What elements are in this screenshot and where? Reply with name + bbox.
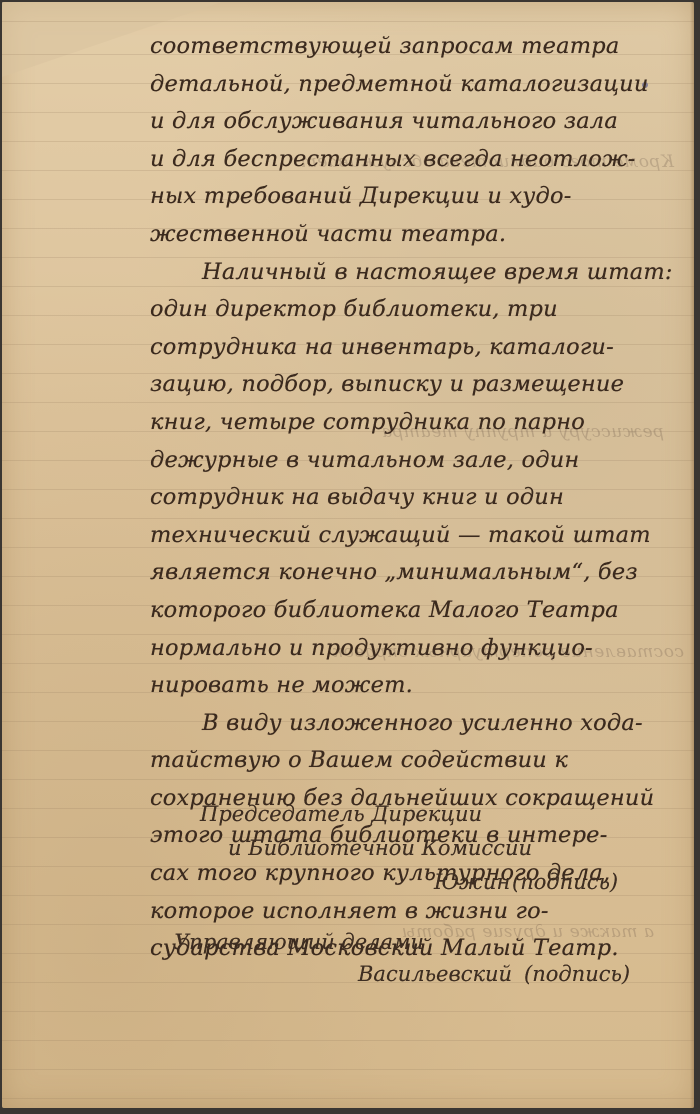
letter-line: дежурные в читальном зале, один — [150, 442, 690, 480]
manager-name: Васильевский — [358, 962, 512, 986]
letter-line: нировать не может. — [150, 667, 690, 705]
letter-line: нормально и продуктивно функцио- — [150, 630, 690, 668]
paragraph-start-line: В виду изложенного усиленно хода- — [150, 705, 690, 743]
chairman-title-line2: и Библиотечной Комиссии — [228, 836, 532, 860]
letter-line: соответствующей запросам театра — [150, 28, 690, 66]
letter-line: ных требований Дирекции и худо- — [150, 178, 690, 216]
letter-line: которого библиотека Малого Театра — [150, 592, 690, 630]
letter-line: книг, четыре сотрудника по парно — [150, 404, 690, 442]
letter-line: и для обслуживания читального зала — [150, 103, 690, 141]
letter-line: детальной, предметной каталогизации — [150, 66, 690, 104]
paragraph-start-line: Наличный в настоящее время штат: — [150, 254, 690, 292]
letter-line: один директор библиотеки, три — [150, 291, 690, 329]
letter-line: технический служащий — такой штат — [150, 517, 690, 555]
letter-line: и для беспрестанных всегда неотлож- — [150, 141, 690, 179]
chairman-signature-note: (подпись) — [512, 870, 618, 894]
letter-line: которое исполняет в жизни го- — [150, 893, 690, 931]
letter-line: зацию, подбор, выписку и размещение — [150, 366, 690, 404]
letter-body: соответствующей запросам театра детально… — [150, 28, 690, 968]
letter-line: сотрудника на инвентарь, каталоги- — [150, 329, 690, 367]
letter-line: жественной части театра. — [150, 216, 690, 254]
letter-line: сотрудник на выдачу книг и один — [150, 479, 690, 517]
chairman-name: Южин — [434, 870, 510, 894]
chairman-title-line1: Председатель Дирекции — [200, 802, 482, 826]
paper-edge — [690, 2, 694, 1108]
letter-line: является конечно „минимальным“, без — [150, 554, 690, 592]
manager-signature-note: (подпись) — [524, 962, 630, 986]
manager-title: Управляющий делами — [174, 930, 424, 954]
letter-line: тайствую о Вашем содействии к — [150, 742, 690, 780]
document-page: Кроме того библиотека обслуживает режисс… — [2, 2, 694, 1108]
